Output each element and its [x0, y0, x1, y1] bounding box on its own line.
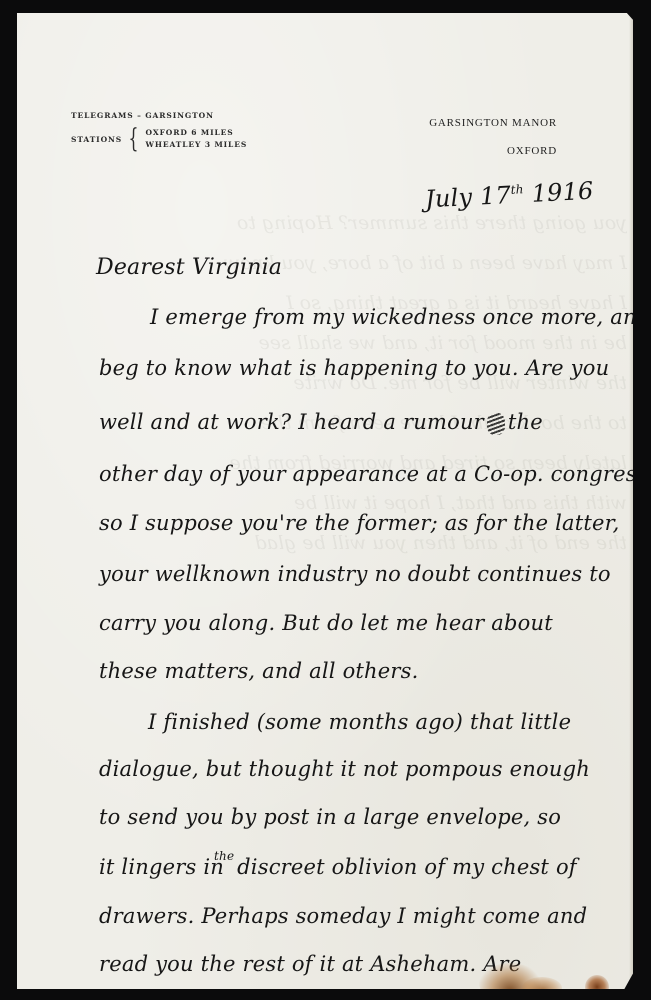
letterhead-stations: STATIONS { OXFORD 6 MILES WHEATLEY 3 MIL…	[71, 126, 247, 152]
letter-line-text: the	[508, 410, 543, 434]
station-oxford: OXFORD 6 MILES	[146, 127, 248, 139]
date-year: 1916	[531, 177, 594, 208]
letter-line: I emerge from my wickedness once more, a…	[150, 305, 633, 329]
address-city: OXFORD	[397, 145, 557, 157]
paper-edge-shadow	[629, 13, 633, 989]
letter-line: I finished (some months ago) that little	[148, 710, 571, 734]
letter-line: drawers. Perhaps someday I might come an…	[99, 904, 587, 928]
crossed-out-word	[487, 413, 505, 435]
station-wheatley: WHEATLEY 3 MILES	[146, 139, 248, 151]
stations-label: STATIONS	[71, 135, 122, 144]
letter-line-text: discreet oblivion of my chest of	[237, 855, 577, 879]
letter-line: dialogue, but thought it not pompous eno…	[99, 757, 590, 781]
letter-line: so I suppose you're the former; as for t…	[99, 511, 620, 535]
letter-line: beg to know what is happening to you. Ar…	[99, 356, 609, 380]
station-list: OXFORD 6 MILES WHEATLEY 3 MILES	[146, 127, 248, 151]
letterhead-contact: TELEGRAMS – GARSINGTON STATIONS { OXFORD…	[71, 111, 247, 152]
letterhead-telegrams: TELEGRAMS – GARSINGTON	[71, 111, 247, 120]
rust-stain	[522, 977, 562, 989]
letter-page: you going there this summer? Hoping to I…	[17, 13, 633, 989]
scan-background: you going there this summer? Hoping to I…	[0, 0, 651, 1000]
letter-line: other day of your appearance at a Co-op.…	[99, 462, 633, 486]
address-manor: GARSINGTON MANOR	[397, 117, 557, 129]
rust-stain	[585, 975, 609, 989]
letter-line: it lingers inthe discreet oblivion of my…	[99, 855, 577, 879]
letter-line: well and at work? I heard a rumourthe	[99, 410, 543, 435]
letterhead-address: GARSINGTON MANOR OXFORD	[397, 117, 557, 157]
letter-line-text: well and at work? I heard a rumour	[99, 410, 484, 434]
bleed-line: you going there this summer? Hoping to	[47, 203, 627, 243]
salutation: Dearest Virginia	[96, 255, 282, 280]
letter-date: July 17th 1916	[424, 177, 594, 214]
letter-line: to send you by post in a large envelope,…	[99, 805, 561, 829]
brace-icon: {	[129, 126, 139, 152]
date-month-day: July 17	[424, 181, 511, 213]
letter-line: these matters, and all others.	[99, 659, 419, 683]
letter-line: your wellknown industry no doubt continu…	[99, 562, 611, 586]
letter-line: read you the rest of it at Asheham. Are	[99, 952, 521, 976]
letter-line-text: it lingers in	[99, 855, 224, 879]
inserted-word: the	[214, 849, 234, 863]
letter-line: carry you along. But do let me hear abou…	[99, 611, 553, 635]
date-suffix: th	[510, 182, 524, 197]
